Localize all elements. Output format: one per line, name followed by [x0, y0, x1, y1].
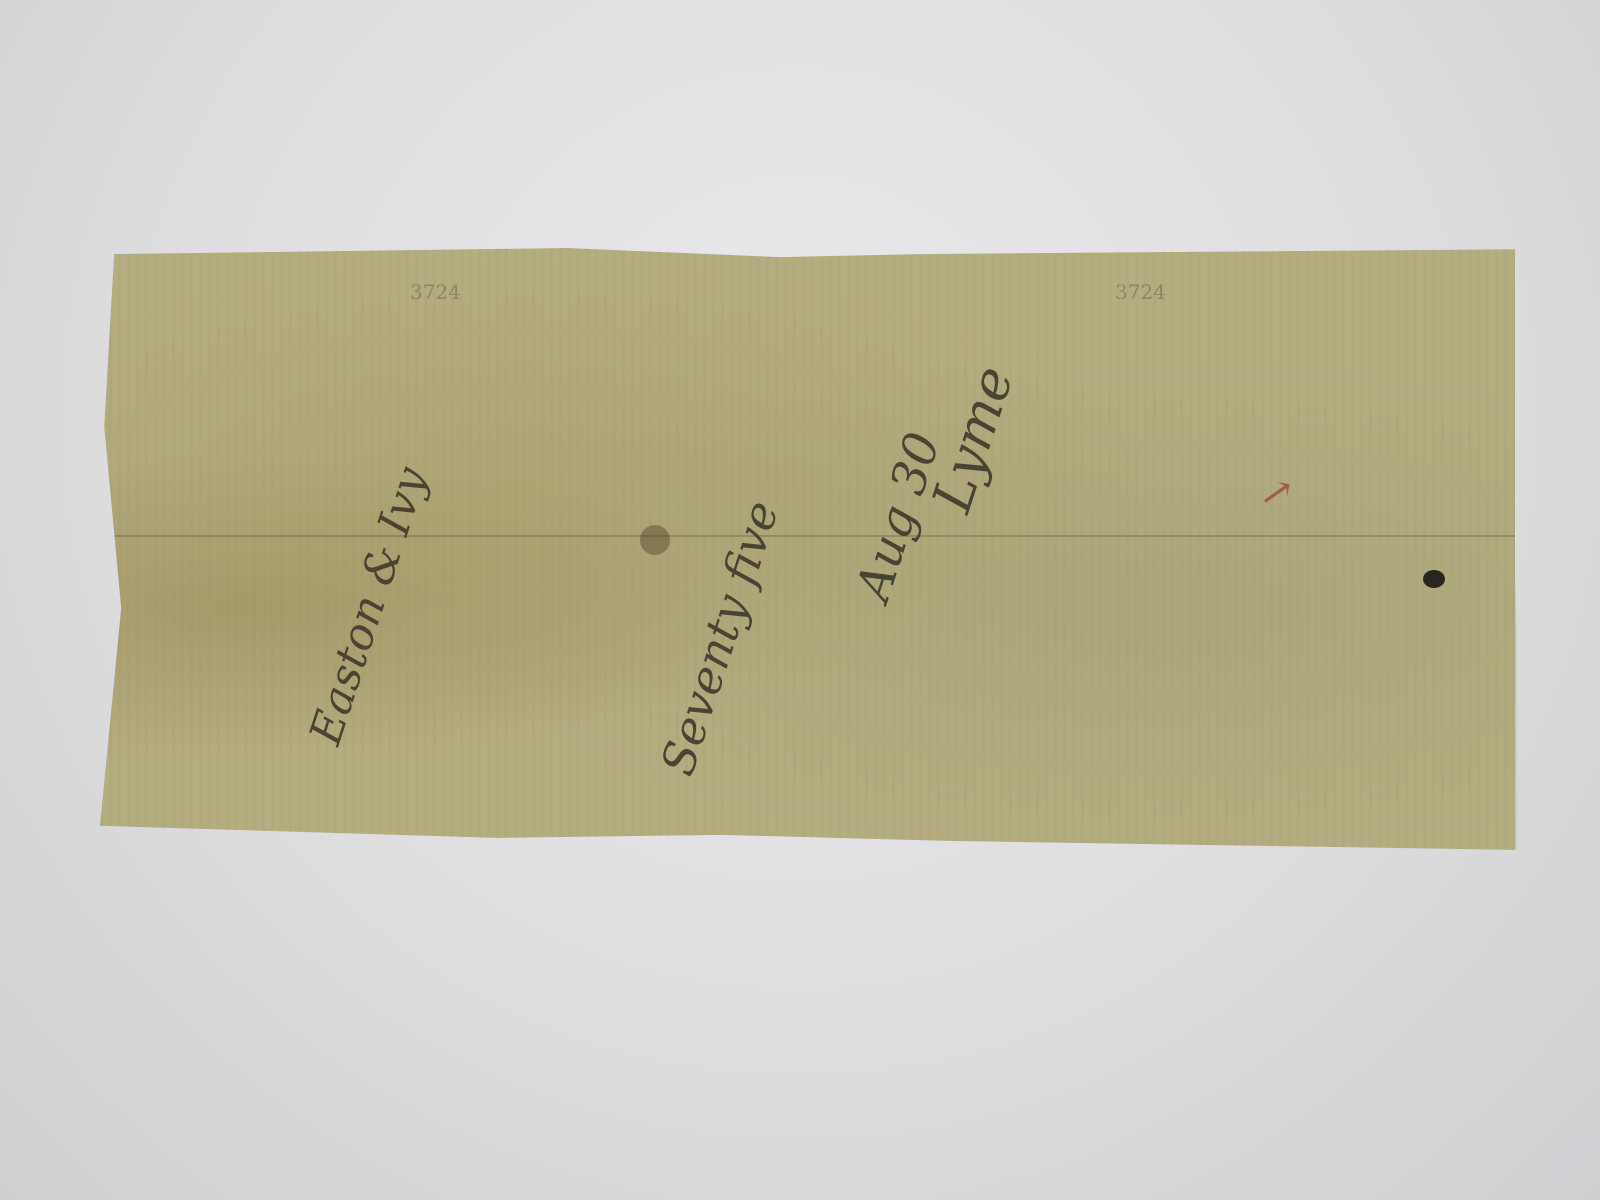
banknote: 3724 3724 Easton & Ivy Lyme Aug 30 Seven… [100, 245, 1515, 850]
serial-number-left: 3724 [410, 280, 461, 304]
serial-number-right: 3724 [1115, 280, 1166, 304]
amount-text: Seventy five [650, 494, 789, 781]
fold-crease [100, 535, 1515, 537]
endorsement-text: Easton & Ivy [300, 461, 437, 750]
stain [640, 525, 670, 555]
date-text: Aug 30 [845, 426, 952, 607]
red-mark: ↗ [1256, 467, 1297, 518]
ink-blot [1423, 570, 1445, 588]
